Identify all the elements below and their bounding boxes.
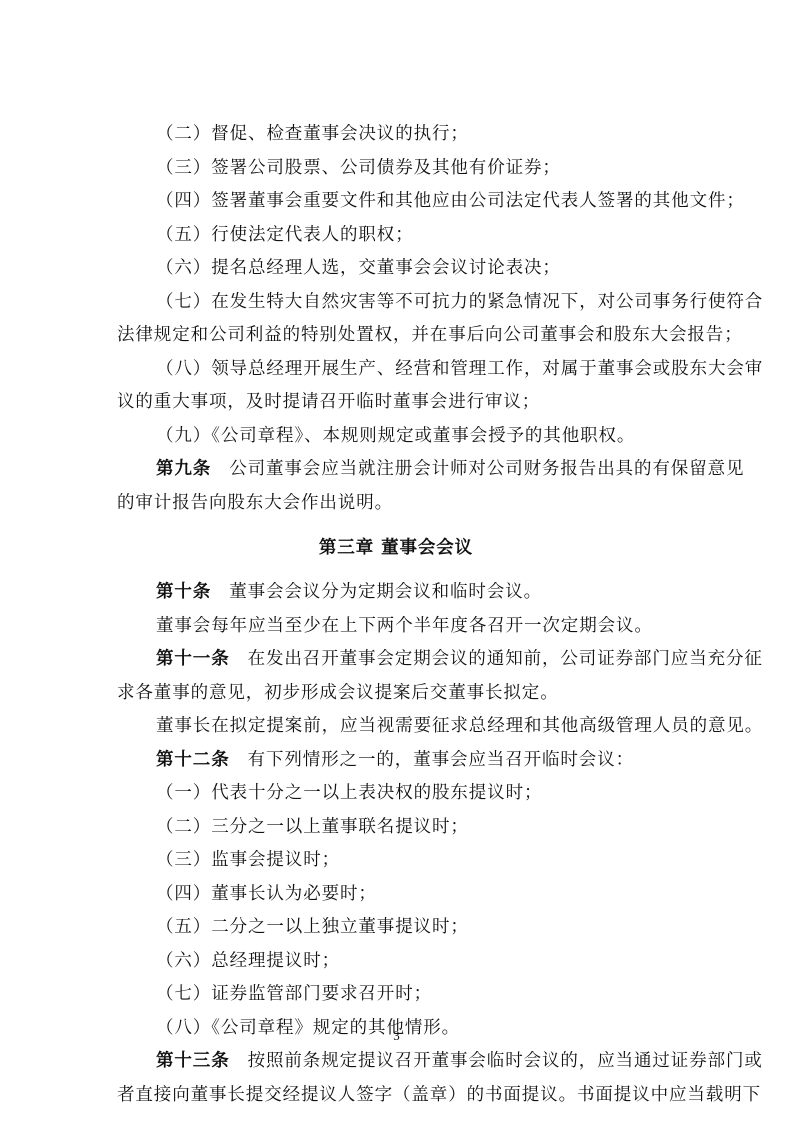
- paragraph: 董事会每年应当至少在上下两个半年度各召开一次定期会议。: [117, 610, 675, 644]
- list-item: （六）提名总经理人选，交董事会会议讨论表决；: [117, 252, 675, 286]
- article-label: 第十二条: [156, 750, 230, 770]
- list-item: （四）董事长认为必要时；: [117, 878, 675, 912]
- list-item: （七）在发生特大自然灾害等不可抗力的紧急情况下，对公司事务行使符合: [117, 286, 675, 320]
- list-item: （七）证券监管部门要求召开时；: [117, 978, 675, 1012]
- article-text: 有下列情形之一的，董事会应当召开临时会议：: [248, 750, 634, 770]
- list-item: （二）督促、检查董事会决议的执行；: [117, 118, 675, 152]
- list-item: （八）领导总经理开展生产、经营和管理工作，对属于董事会或股东大会审: [117, 353, 675, 387]
- list-item: （九）《公司章程》、本规则规定或董事会授予的其他职权。: [117, 420, 675, 454]
- article-11: 第十一条在发出召开董事会定期会议的通知前，公司证券部门应当充分征: [117, 643, 675, 677]
- article-10: 第十条董事会会议分为定期会议和临时会议。: [117, 576, 675, 610]
- article-text: 公司董事会应当就注册会计师对公司财务报告出具的有保留意见: [229, 459, 744, 479]
- list-item-continuation: 议的重大事项，及时提请召开临时董事会进行审议；: [117, 386, 675, 420]
- article-13-continuation: 者直接向董事长提交经提议人签字（盖章）的书面提议。书面提议中应当载明下: [117, 1079, 675, 1113]
- list-item: （五）二分之一以上独立董事提议时；: [117, 911, 675, 945]
- page-number: 3: [0, 1028, 793, 1044]
- list-item: （三）签署公司股票、公司债券及其他有价证券；: [117, 152, 675, 186]
- list-item: （五）行使法定代表人的职权；: [117, 219, 675, 253]
- list-item: （一）代表十分之一以上表决权的股东提议时；: [117, 777, 675, 811]
- list-item: （四）签署董事会重要文件和其他应由公司法定代表人签署的其他文件；: [117, 185, 675, 219]
- article-text: 在发出召开董事会定期会议的通知前，公司证券部门应当充分征: [248, 649, 763, 669]
- chapter-heading: 第三章 董事会会议: [117, 524, 675, 572]
- list-item: （二）三分之一以上董事联名提议时；: [117, 811, 675, 845]
- paragraph: 董事长在拟定提案前，应当视需要征求总经理和其他高级管理人员的意见。: [117, 710, 675, 744]
- article-label: 第十条: [156, 582, 211, 602]
- article-label: 第九条: [156, 459, 211, 479]
- article-label: 第十一条: [156, 649, 230, 669]
- list-item: （六）总经理提议时；: [117, 945, 675, 979]
- article-9: 第九条公司董事会应当就注册会计师对公司财务报告出具的有保留意见: [117, 453, 675, 487]
- document-page: （二）督促、检查董事会决议的执行； （三）签署公司股票、公司债券及其他有价证券；…: [117, 118, 675, 1112]
- article-9-continuation: 的审计报告向股东大会作出说明。: [117, 487, 675, 521]
- article-text: 按照前条规定提议召开董事会临时会议的，应当通过证券部门或: [248, 1051, 763, 1071]
- article-text: 董事会会议分为定期会议和临时会议。: [229, 582, 542, 602]
- article-12: 第十二条有下列情形之一的，董事会应当召开临时会议：: [117, 744, 675, 778]
- article-label: 第十三条: [156, 1051, 230, 1071]
- list-item-continuation: 法律规定和公司利益的特别处置权，并在事后向公司董事会和股东大会报告；: [117, 319, 675, 353]
- article-13: 第十三条按照前条规定提议召开董事会临时会议的，应当通过证券部门或: [117, 1045, 675, 1079]
- list-item: （三）监事会提议时；: [117, 844, 675, 878]
- article-11-continuation: 求各董事的意见，初步形成会议提案后交董事长拟定。: [117, 677, 675, 711]
